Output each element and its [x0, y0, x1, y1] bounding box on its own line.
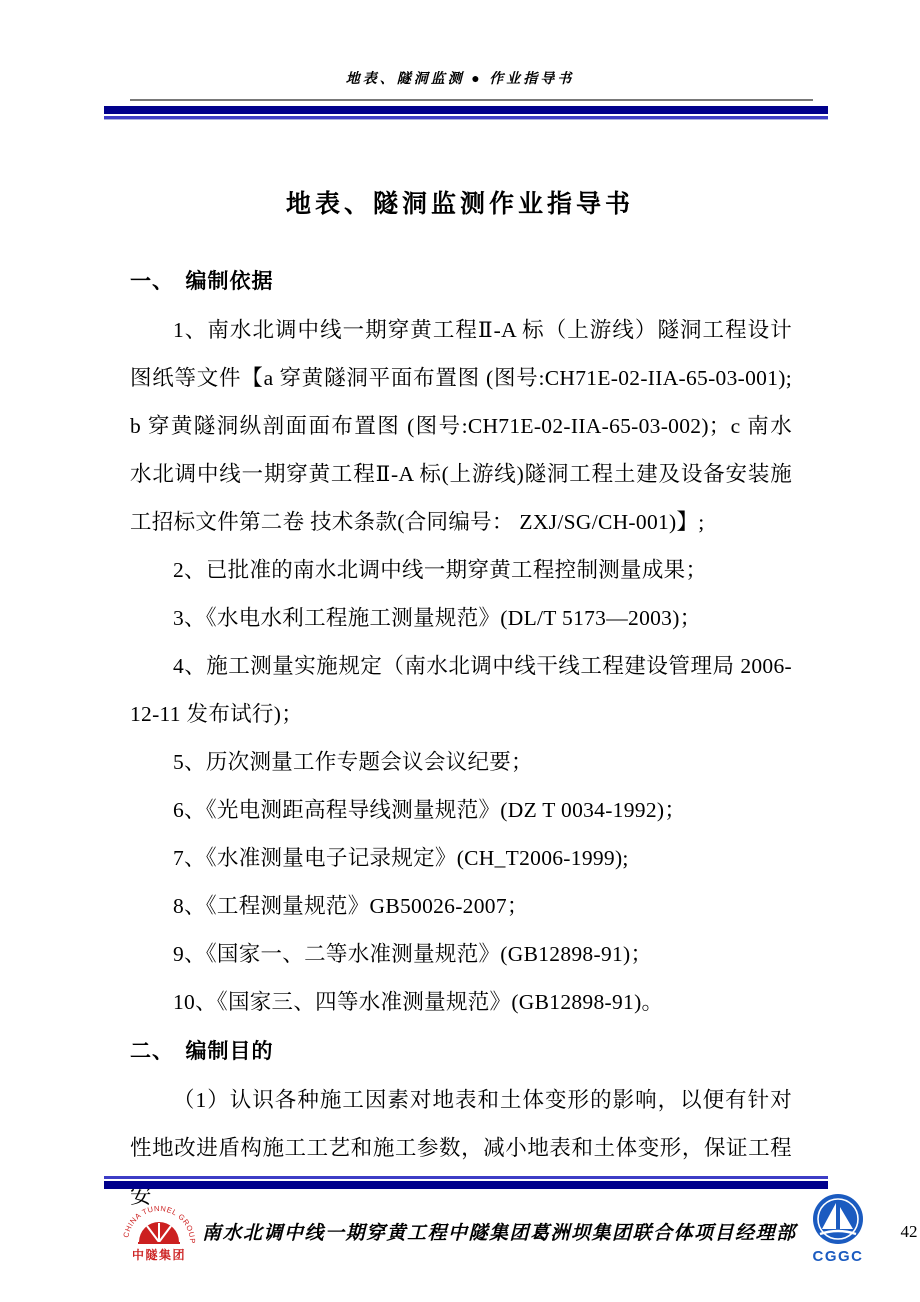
body-paragraph: 6、《光电测距高程导线测量规范》(DZ T 0034-1992)；	[130, 786, 792, 834]
page-title: 地表、隧洞监测作业指导书	[0, 184, 920, 220]
cggc-logo-icon: CGGC	[797, 1191, 879, 1272]
china-tunnel-caption: 中隧集团	[132, 1247, 186, 1262]
document-body: 一、 编制依据 1、南水北调中线一期穿黄工程Ⅱ-A 标（上游线）隧洞工程设计图纸…	[130, 256, 792, 1220]
page-number: 42	[901, 1222, 918, 1242]
cggc-caption: CGGC	[812, 1248, 863, 1265]
china-tunnel-group-logo-svg: CHINA TUNNEL GROUP 中隧集团	[116, 1188, 202, 1270]
tunnel-baseline	[138, 1242, 180, 1244]
body-paragraph: 3、《水电水利工程施工测量规范》(DL/T 5173—2003)；	[130, 594, 792, 642]
header-title: 地表、隧洞监测 ● 作业指导书	[0, 68, 920, 88]
body-paragraph: 8、《工程测量规范》GB50026-2007；	[130, 882, 792, 930]
cggc-logo-svg: CGGC	[797, 1191, 879, 1267]
header-stripe-navy	[104, 106, 828, 114]
body-paragraph: 7、《水准测量电子记录规定》(CH_T2006-1999);	[130, 834, 792, 882]
footer-org-text: 南水北调中线一期穿黄工程中隧集团葛洲坝集团联合体项目经理部	[202, 1218, 797, 1245]
body-paragraph: 9、《国家一、二等水准测量规范》(GB12898-91)；	[130, 930, 792, 978]
body-paragraph: 5、历次测量工作专题会议会议纪要；	[130, 738, 792, 786]
document-page: 地表、隧洞监测 ● 作业指导书 地表、隧洞监测作业指导书 一、 编制依据 1、南…	[0, 0, 920, 1302]
china-tunnel-group-logo-icon: CHINA TUNNEL GROUP 中隧集团	[116, 1188, 202, 1275]
header-rule-thin	[130, 99, 813, 101]
section-heading-2: 二、 编制目的	[130, 1026, 792, 1076]
body-paragraph: 2、已批准的南水北调中线一期穿黄工程控制测量成果；	[130, 546, 792, 594]
page-footer: CHINA TUNNEL GROUP 中隧集团 南水北调中线一期穿黄工程中隧集团…	[116, 1188, 824, 1275]
cggc-disc	[813, 1194, 863, 1244]
header-rule-band	[104, 106, 828, 120]
body-paragraph: 1、南水北调中线一期穿黄工程Ⅱ-A 标（上游线）隧洞工程设计图纸等文件【a 穿黄…	[130, 306, 792, 546]
header-stripe-light	[104, 119, 828, 120]
body-paragraph: 4、施工测量实施规定（南水北调中线干线工程建设管理局 2006-12-11 发布…	[130, 642, 792, 738]
section-heading-1: 一、 编制依据	[130, 256, 792, 306]
body-paragraph: 10、《国家三、四等水准测量规范》(GB12898-91)。	[130, 978, 792, 1026]
